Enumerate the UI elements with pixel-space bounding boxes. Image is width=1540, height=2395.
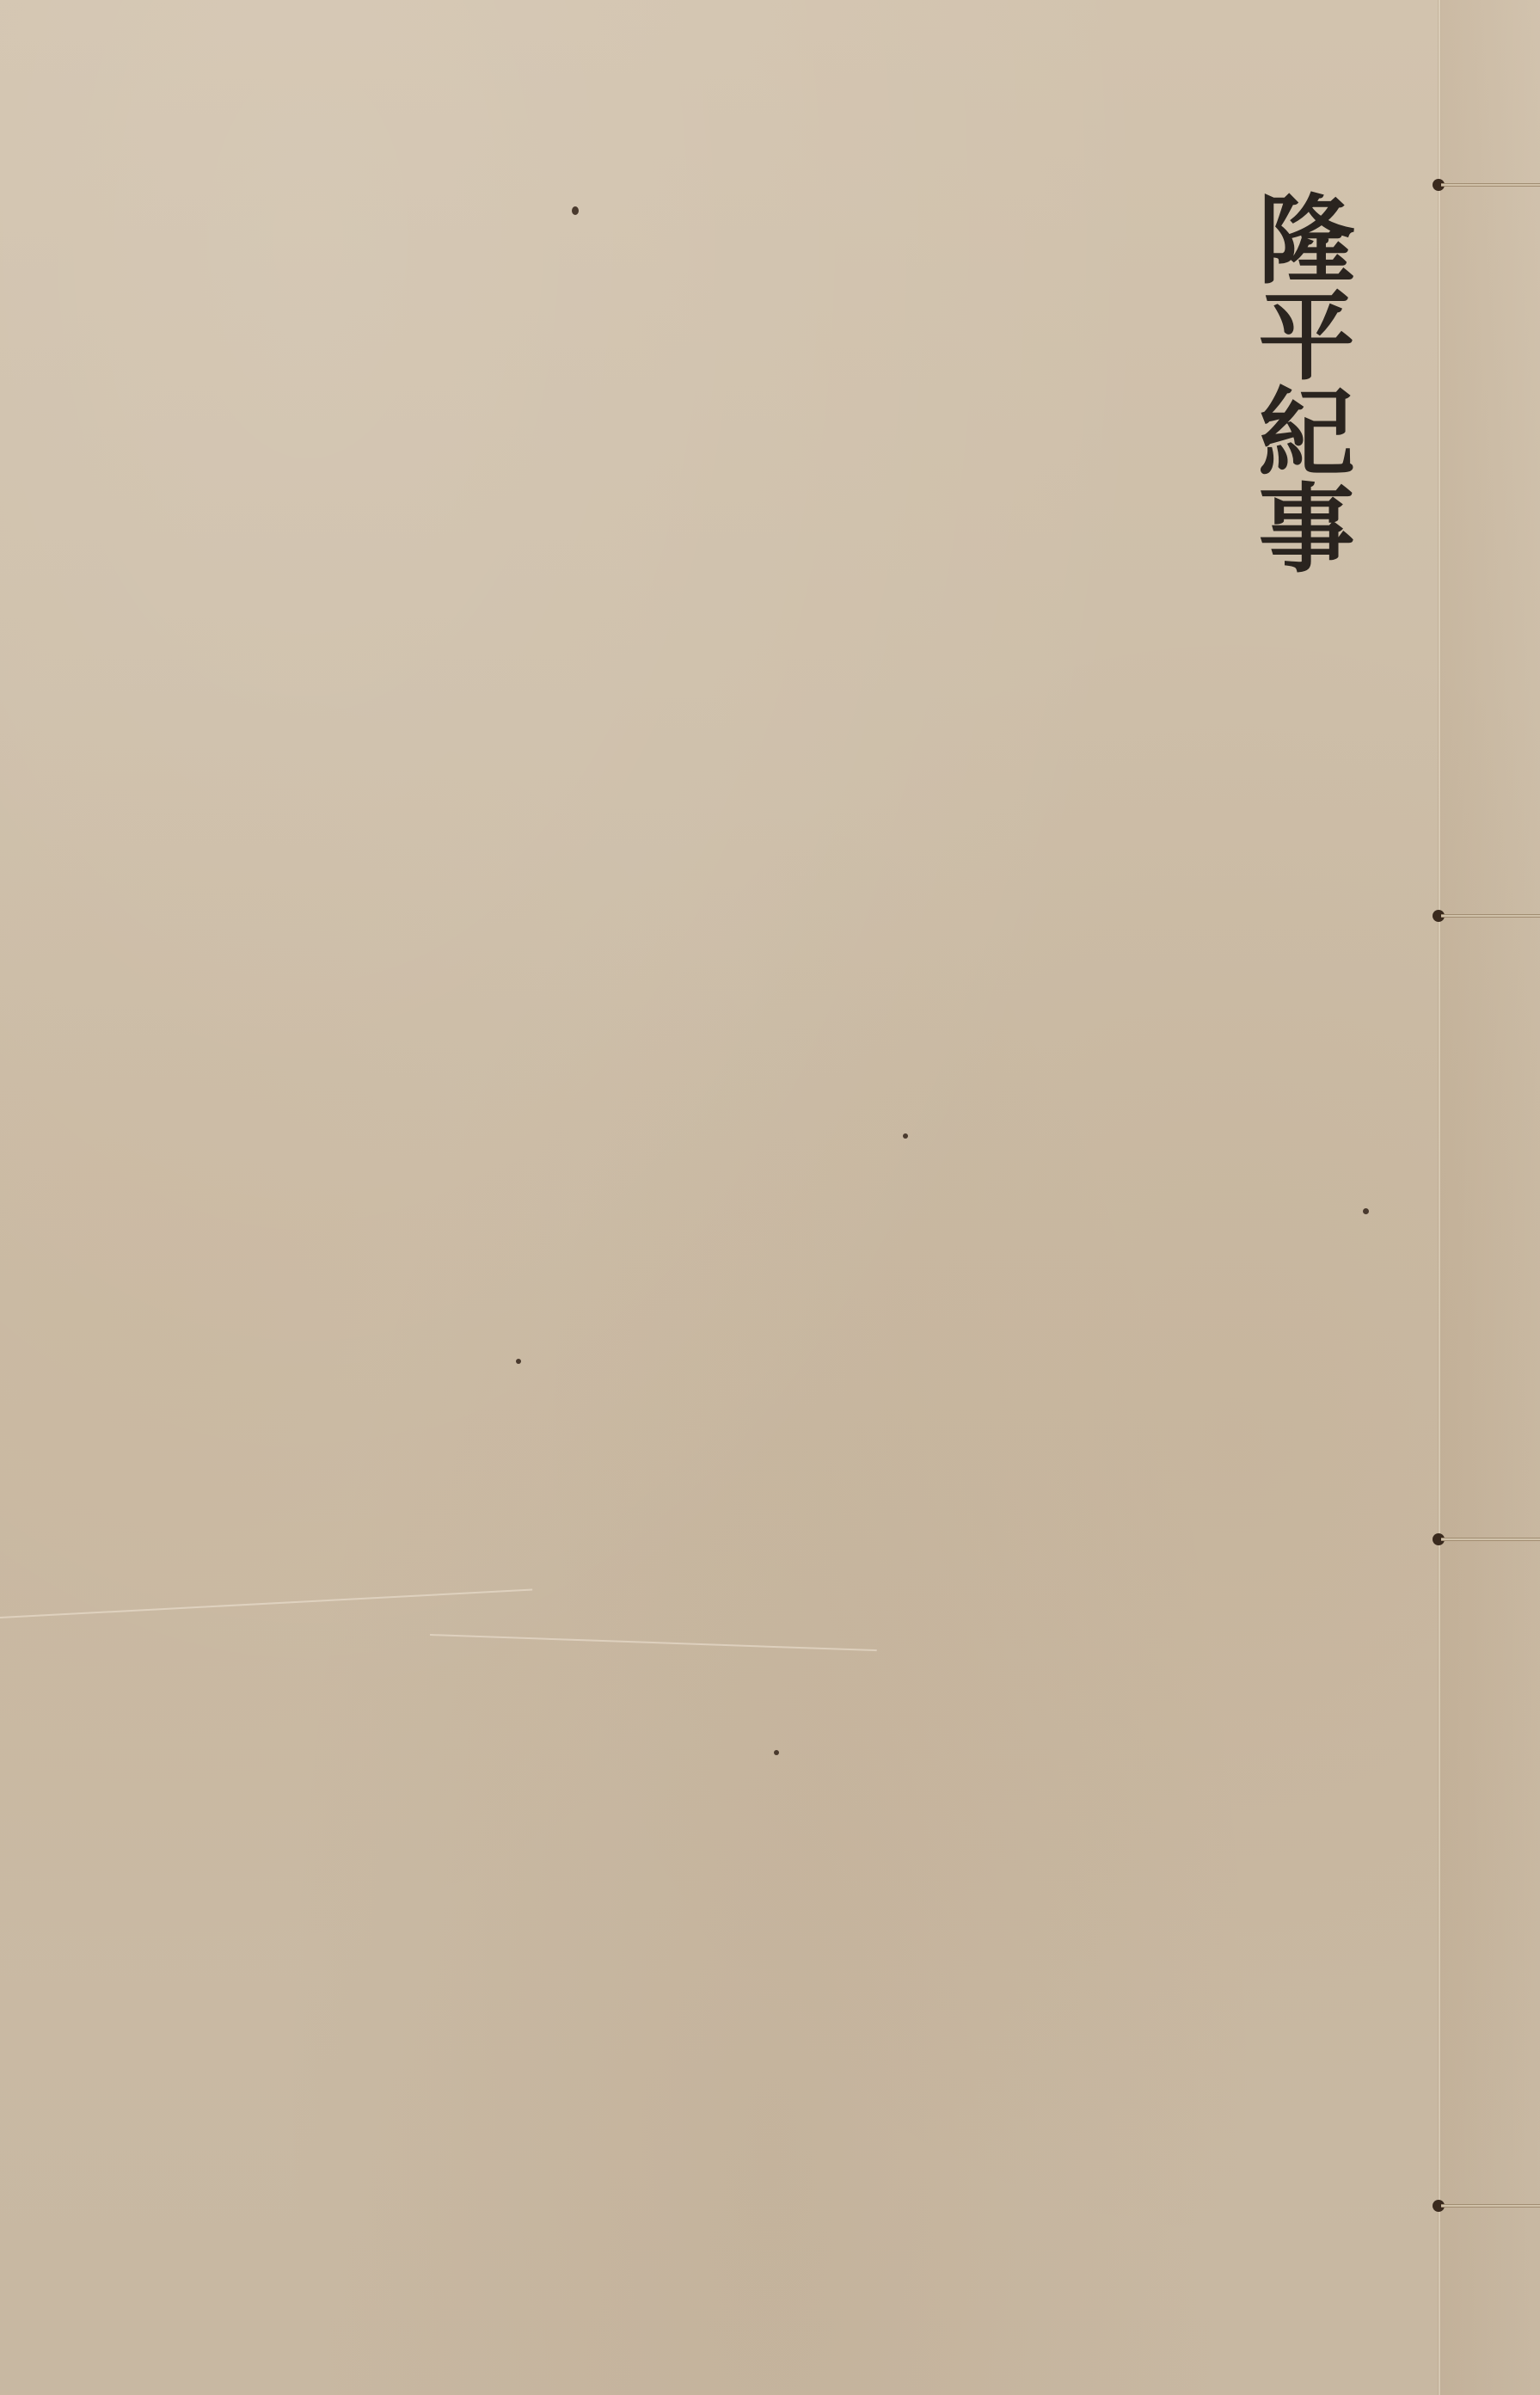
ink-speck: [516, 1359, 521, 1364]
binding-fold-line: [1438, 0, 1441, 2395]
ink-speck: [572, 206, 579, 215]
ink-speck: [1363, 1208, 1369, 1214]
binding-thread: [1441, 1538, 1540, 1541]
book-title: 隆平紀事: [1238, 189, 1359, 574]
ink-speck: [903, 1133, 908, 1139]
paper-crease: [0, 1589, 532, 1618]
binding-thread: [1441, 2204, 1540, 2208]
binding-spine: [1441, 0, 1540, 2395]
ink-speck: [774, 1750, 779, 1755]
paper-crease: [430, 1634, 877, 1651]
book-cover: 隆平紀事: [0, 0, 1540, 2395]
binding-thread: [1441, 183, 1540, 187]
binding-thread: [1441, 914, 1540, 918]
